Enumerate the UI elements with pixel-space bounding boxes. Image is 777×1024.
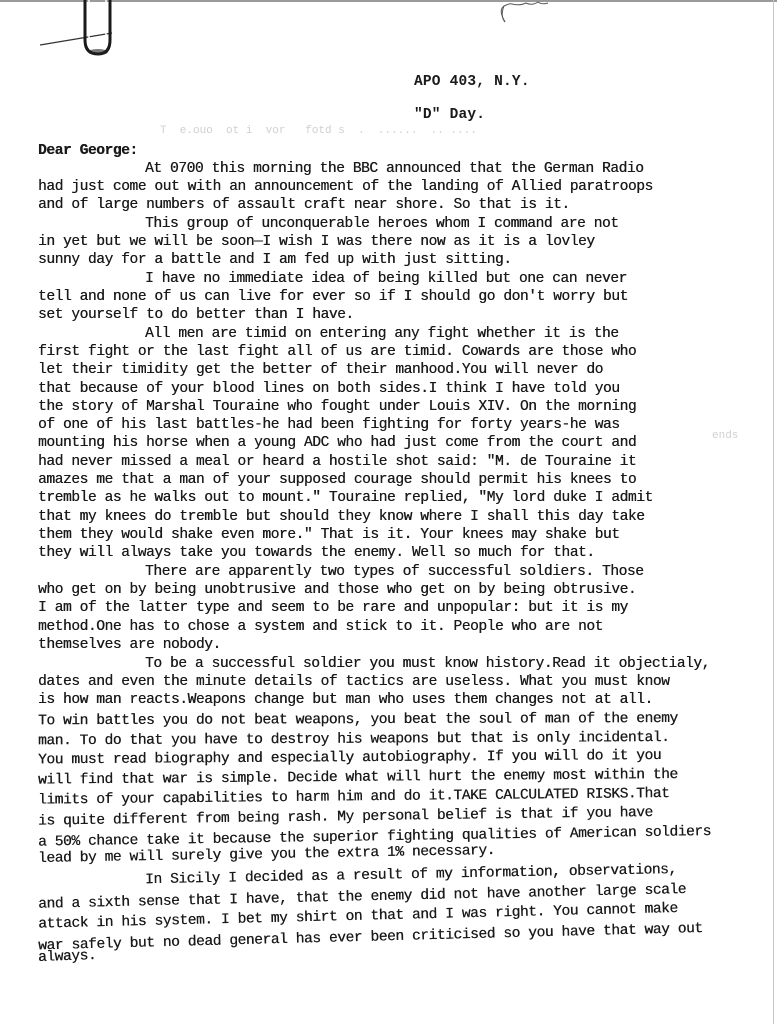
letter-line: tremble as he walks out to mount." Toura…	[38, 489, 653, 507]
letter-line: themselves are nobody.	[38, 636, 221, 654]
letter-line: and of large numbers of assault craft ne…	[38, 196, 570, 214]
handwritten-initials-icon	[490, 0, 560, 30]
bleed-through-text: T e.ouo ot i vor fotd s . ...... .. ....	[160, 125, 477, 137]
letter-line: they will always take you towards the en…	[38, 544, 595, 562]
letter-line: of one of his last battles-he had been f…	[38, 416, 620, 434]
margin-mark: ends	[712, 430, 738, 442]
letter-line: the story of Marshal Touraine who fought…	[38, 398, 636, 416]
salutation: Dear George:	[38, 142, 138, 160]
letter-line: in yet but we will be soon—I wish I was …	[38, 233, 595, 251]
letter-line: tell and none of us can live for ever so…	[38, 288, 628, 306]
letter-line: them they would shake even more." That i…	[38, 526, 620, 544]
letter-line: sunny day for a battle and I am fed up w…	[38, 251, 512, 269]
letter-line: that because of your blood lines on both…	[38, 380, 620, 398]
letter-line: amazes me that a man of your supposed co…	[38, 471, 636, 489]
page-right-border	[773, 0, 774, 1024]
letter-line: All men are timid on entering any fight …	[38, 325, 619, 343]
letter-line: let their timidity get the better of the…	[38, 361, 603, 379]
letter-line: first fight or the last fight all of us …	[38, 343, 636, 361]
letter-line: There are apparently two types of succes…	[38, 563, 643, 581]
letter-line: had never missed a meal or heard a hosti…	[38, 453, 636, 471]
letter-line: I am of the latter type and seem to be r…	[38, 599, 628, 617]
letter-line: This group of unconquerable heroes whom …	[38, 215, 619, 233]
letter-line: had just come out with an announcement o…	[38, 178, 653, 196]
letter-date: "D" Day.	[414, 107, 485, 123]
paperclip-icon	[0, 0, 130, 60]
letter-line: dates and even the minute details of tac…	[38, 673, 669, 691]
letter-line: mounting his horse when a young ADC who …	[38, 434, 636, 452]
letter-line: method.One has to chose a system and sti…	[38, 618, 603, 636]
letter-line: To win battles you do not beat weapons, …	[38, 710, 678, 730]
letter-line: To be a successful soldier you must know…	[38, 655, 710, 673]
sender-address: APO 403, N.Y.	[414, 74, 530, 90]
letter-line: set yourself to do better than I have.	[38, 306, 354, 324]
letter-line: I have no immediate idea of being killed…	[38, 270, 627, 288]
letter-line: that my knees do tremble but should they…	[38, 508, 644, 526]
letter-line: is how man reacts.Weapons change but man…	[38, 691, 653, 709]
letter-line: always.	[38, 947, 97, 967]
letter-line: At 0700 this morning the BBC announced t…	[38, 160, 643, 178]
letter-line: who get on by being unobtrusive and thos…	[38, 581, 636, 599]
